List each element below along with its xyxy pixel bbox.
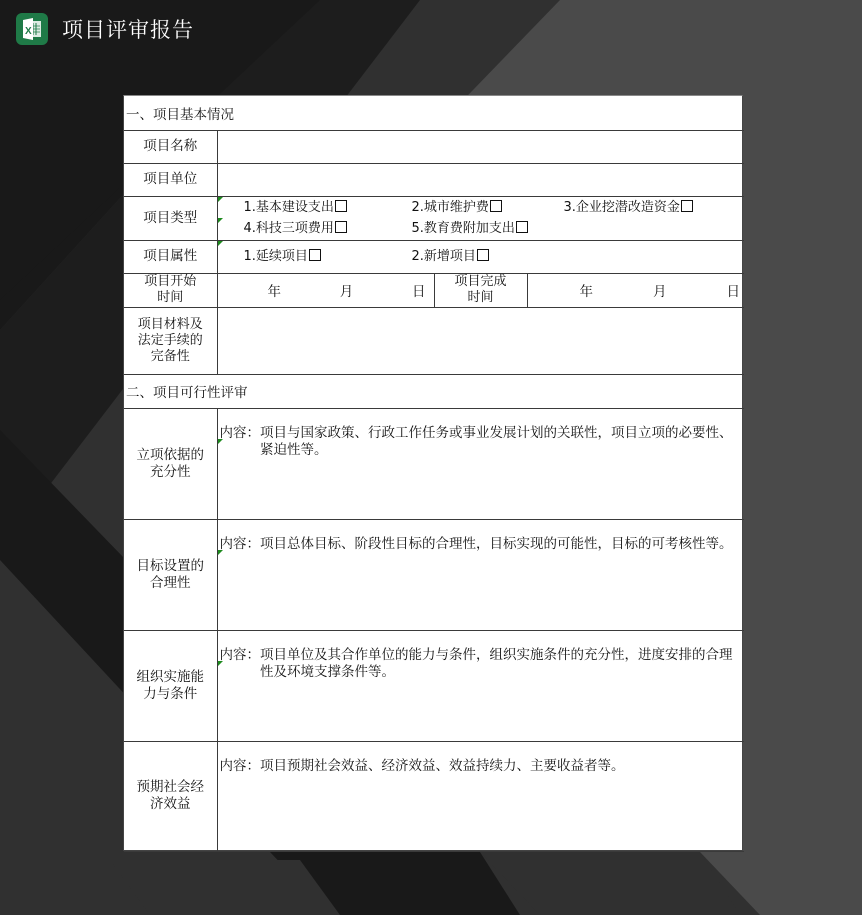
day-label: 日 — [727, 280, 741, 300]
label-project-type: 项目类型 — [124, 196, 217, 240]
checkbox-icon[interactable] — [309, 249, 321, 261]
table-row: 项目类型 1.基本建设支出2.城市维护费3.企业挖潜改造资金 4.科技三项费用5… — [124, 196, 744, 240]
checkbox-icon[interactable] — [477, 249, 489, 261]
label-organization-capability: 组织实施能 力与条件 — [124, 630, 217, 741]
basis-sufficiency-content-cell[interactable]: 内容： 项目与国家政策、行政工作任务或事业发展计划的关联性，项目立项的必要性、紧… — [217, 408, 744, 519]
type-option-5[interactable]: 5.教育费附加支出 — [412, 218, 528, 239]
project-unit-cell[interactable] — [217, 163, 744, 196]
checkbox-icon[interactable] — [335, 221, 347, 233]
table-row: 项目属性 1.延续项目2.新增项目 — [124, 240, 744, 273]
label-expected-benefits: 预期社会经 济效益 — [124, 741, 217, 851]
comment-marker-icon — [218, 439, 223, 444]
project-name-cell[interactable] — [217, 130, 744, 163]
section-title-feasibility: 二、项目可行性评审 — [124, 374, 744, 408]
spreadsheet: 一、项目基本情况 项目名称 项目单位 项目类型 1.基本建设支出2.城市维护费3… — [123, 95, 743, 851]
comment-marker-icon — [218, 550, 223, 555]
document-title: 项目评审报告 — [62, 14, 194, 44]
label-start-time: 项目开始 时间 — [124, 273, 217, 307]
table-row: 组织实施能 力与条件 内容： 项目单位及其合作单位的能力与条件，组织实施条件的充… — [124, 630, 744, 741]
day-label: 日 — [412, 280, 426, 300]
section-title-basic-info: 一、项目基本情况 — [124, 96, 744, 130]
review-form-table: 一、项目基本情况 项目名称 项目单位 项目类型 1.基本建设支出2.城市维护费3… — [124, 96, 744, 852]
year-label: 年 — [268, 280, 282, 300]
month-label: 月 — [340, 280, 354, 300]
label-end-time: 项目完成 时间 — [434, 273, 527, 307]
organization-capability-content-cell[interactable]: 内容： 项目单位及其合作单位的能力与条件，组织实施条件的充分性，进度安排的合理性… — [217, 630, 744, 741]
type-option-4[interactable]: 4.科技三项费用 — [244, 218, 412, 239]
attribute-option-2[interactable]: 2.新增项目 — [412, 246, 489, 267]
year-label: 年 — [580, 280, 594, 300]
materials-completeness-cell[interactable] — [217, 307, 744, 374]
type-option-3[interactable]: 3.企业挖潜改造资金 — [564, 197, 693, 218]
comment-marker-icon — [218, 197, 223, 202]
comment-marker-icon — [218, 241, 223, 246]
checkbox-icon[interactable] — [681, 200, 693, 212]
section-header-row: 二、项目可行性评审 — [124, 374, 744, 408]
project-type-options-cell[interactable]: 1.基本建设支出2.城市维护费3.企业挖潜改造资金 4.科技三项费用5.教育费附… — [217, 196, 744, 240]
label-basis-sufficiency: 立项依据的 充分性 — [124, 408, 217, 519]
comment-marker-icon — [218, 218, 223, 223]
svg-text:X: X — [25, 26, 32, 37]
label-goal-rationality: 目标设置的 合理性 — [124, 519, 217, 630]
goal-rationality-content-cell[interactable]: 内容： 项目总体目标、阶段性目标的合理性，目标实现的可能性，目标的可考核性等。 — [217, 519, 744, 630]
section-header-row: 一、项目基本情况 — [124, 96, 744, 130]
label-project-unit: 项目单位 — [124, 163, 217, 196]
project-attribute-options-cell[interactable]: 1.延续项目2.新增项目 — [217, 240, 744, 273]
label-project-attribute: 项目属性 — [124, 240, 217, 273]
comment-marker-icon — [218, 661, 223, 666]
table-row: 项目开始 时间 年 月 日 项目完成 时间 年 月 日 — [124, 273, 744, 307]
table-row: 项目名称 — [124, 130, 744, 163]
expected-benefits-content-cell[interactable]: 内容： 项目预期社会效益、经济效益、效益持续力、主要收益者等。 — [217, 741, 744, 851]
type-option-1[interactable]: 1.基本建设支出 — [244, 197, 412, 218]
checkbox-icon[interactable] — [490, 200, 502, 212]
table-row: 立项依据的 充分性 内容： 项目与国家政策、行政工作任务或事业发展计划的关联性，… — [124, 408, 744, 519]
label-materials-completeness: 项目材料及 法定手续的 完备性 — [124, 307, 217, 374]
table-row: 目标设置的 合理性 内容： 项目总体目标、阶段性目标的合理性，目标实现的可能性，… — [124, 519, 744, 630]
table-row: 项目材料及 法定手续的 完备性 — [124, 307, 744, 374]
month-label: 月 — [653, 280, 667, 300]
table-row: 项目单位 — [124, 163, 744, 196]
excel-icon: X — [16, 13, 48, 45]
checkbox-icon[interactable] — [516, 221, 528, 233]
end-date-cell[interactable]: 年 月 日 — [527, 273, 744, 307]
app-header: X 项目评审报告 — [16, 12, 194, 46]
checkbox-icon[interactable] — [335, 200, 347, 212]
label-project-name: 项目名称 — [124, 130, 217, 163]
table-row: 预期社会经 济效益 内容： 项目预期社会效益、经济效益、效益持续力、主要收益者等… — [124, 741, 744, 851]
start-date-cell[interactable]: 年 月 日 — [217, 273, 434, 307]
attribute-option-1[interactable]: 1.延续项目 — [244, 246, 412, 267]
type-option-2[interactable]: 2.城市维护费 — [412, 197, 564, 218]
